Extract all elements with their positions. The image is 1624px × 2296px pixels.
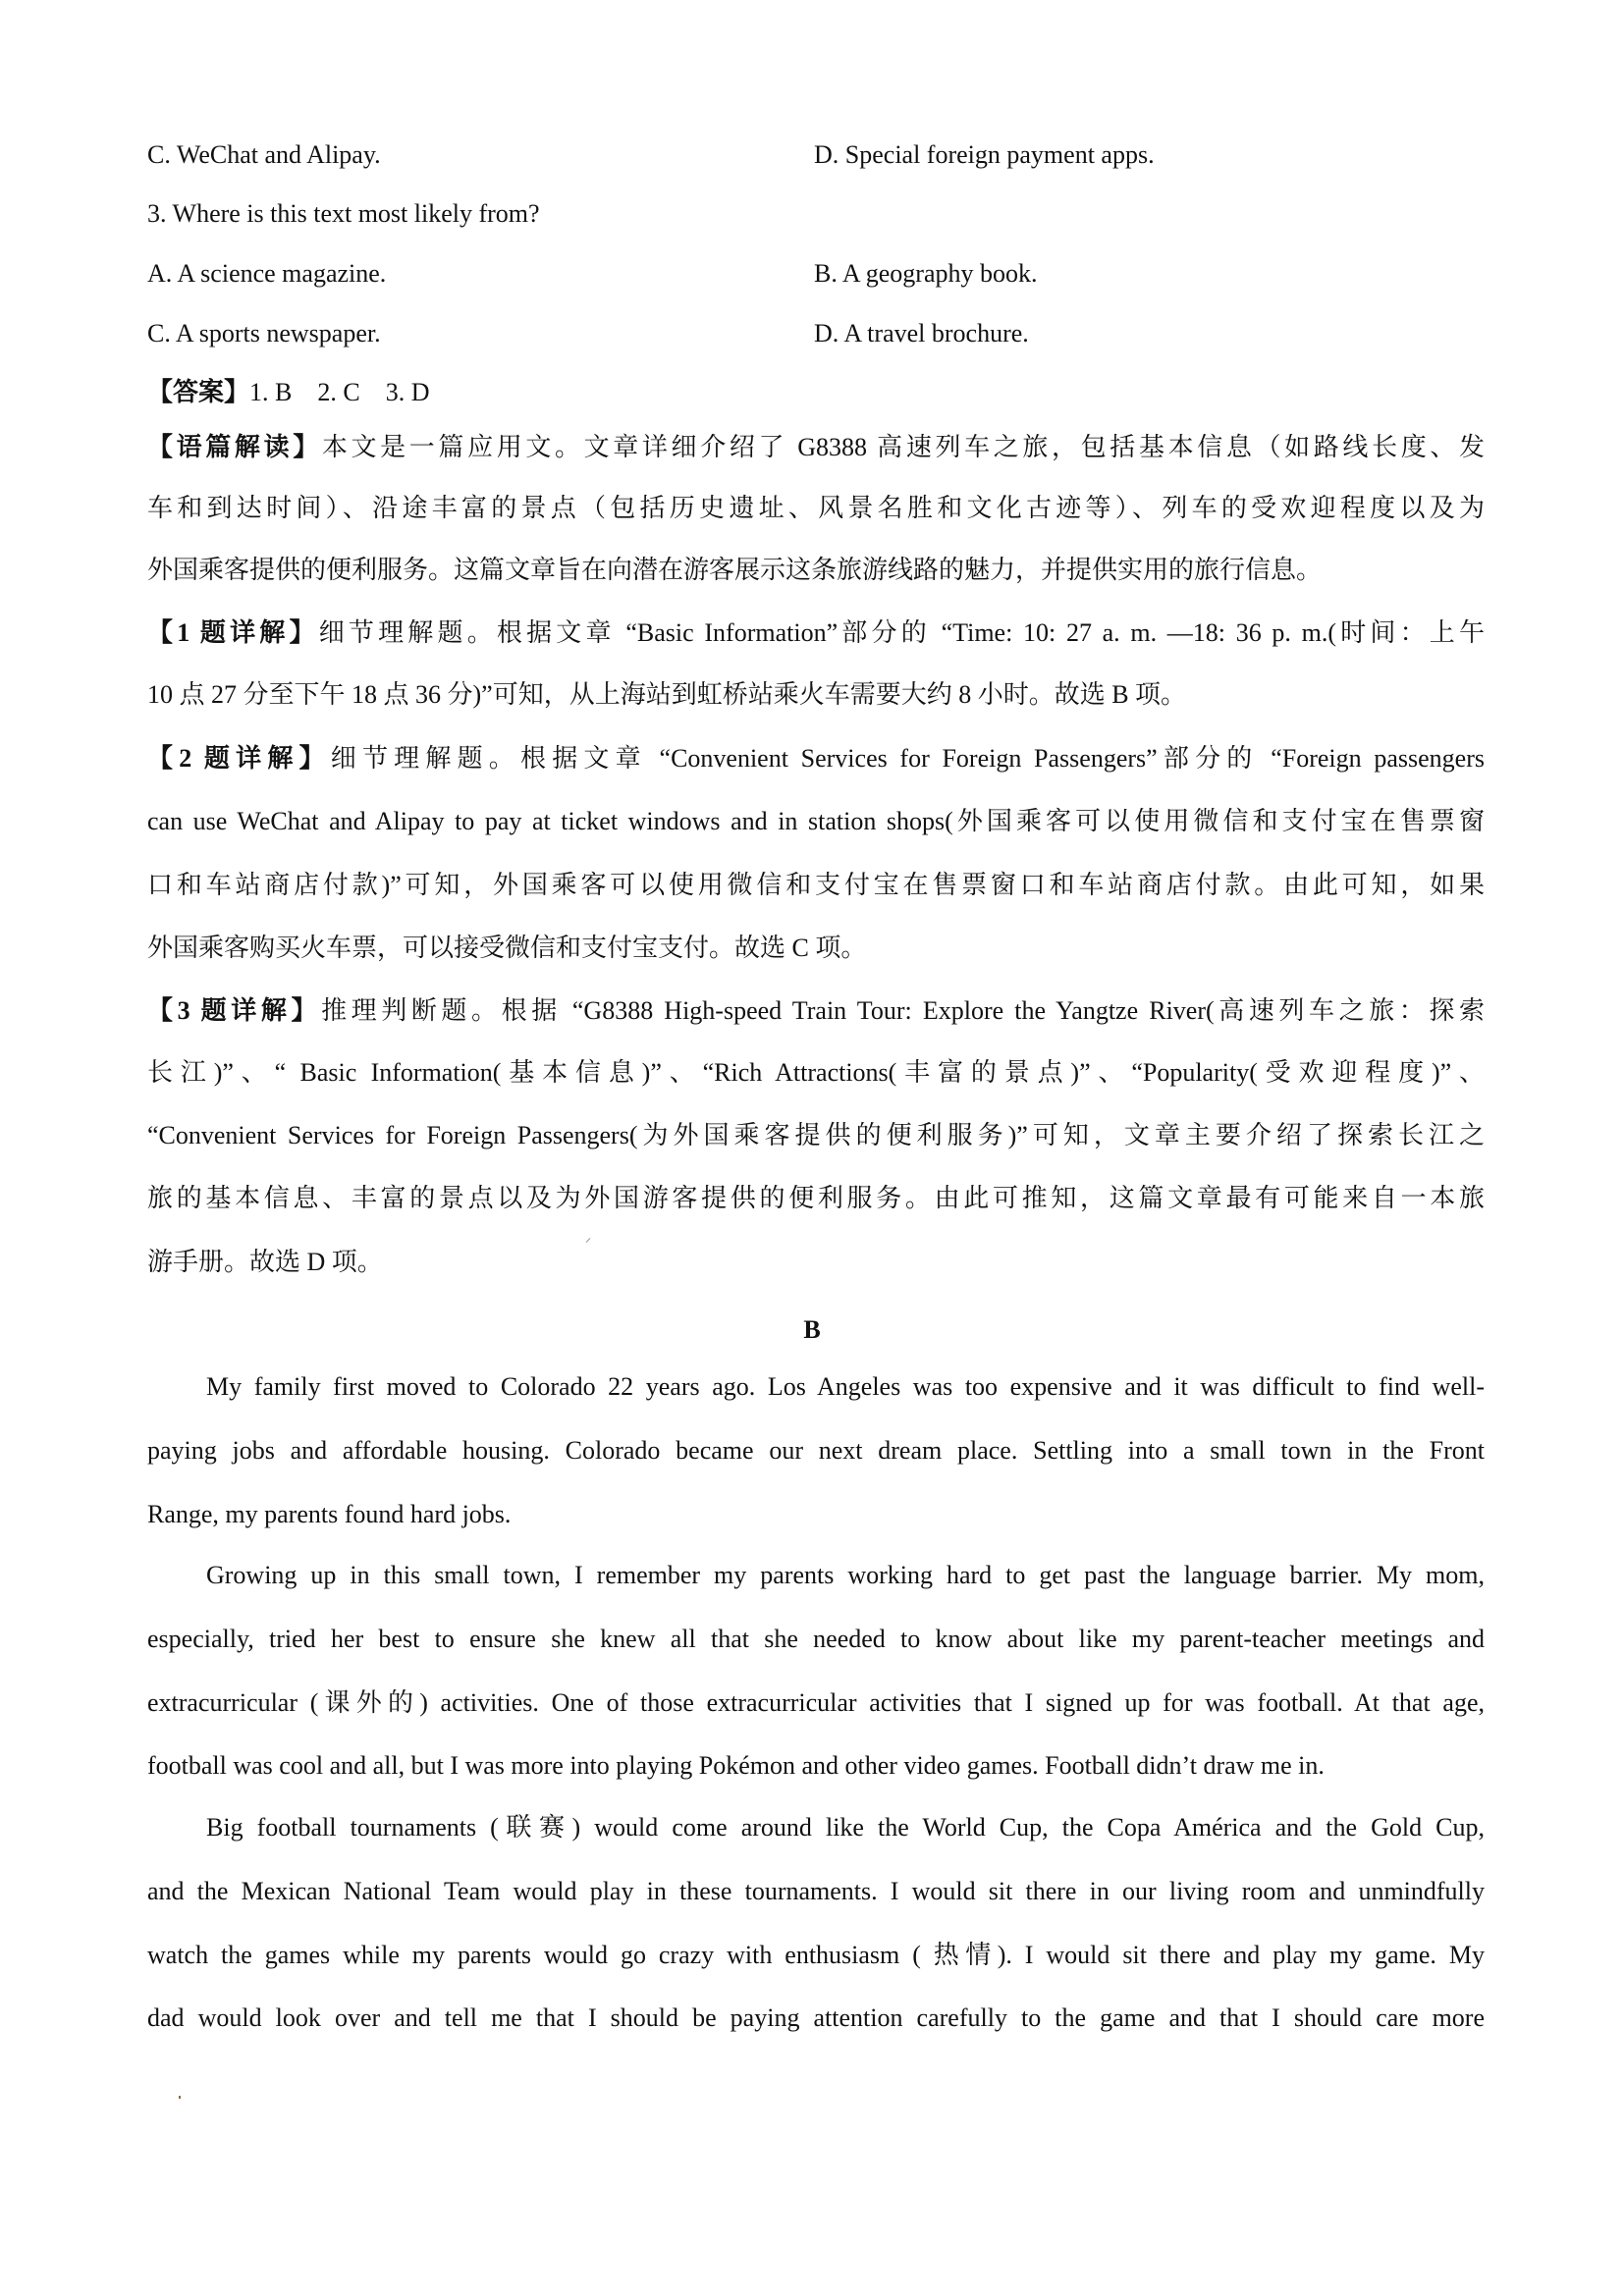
q3-option-a: A. A science magazine. [147, 258, 386, 290]
q3-option-d: D. A travel brochure. [814, 318, 1029, 349]
section-b-heading: B [0, 1314, 1624, 1346]
explanation-3-line-5: 游手册。故选 D 项。 [147, 1247, 1485, 1278]
passage-analysis-line-1: 【语篇解读】本文是一篇应用文。文章详细介绍了 G8388 高速列车之旅，包括基本… [147, 432, 1485, 463]
explanation-1-line-2: 10 点 27 分至下午 18 点 36 分)”可知，从上海站到虹桥站乘火车需要… [147, 679, 1485, 711]
explanation-2-label: 【2 题详解】 [147, 744, 331, 773]
paragraph-1-line-1: My family first moved to Colorado 22 yea… [206, 1371, 1485, 1403]
answer-label: 【答案】 [147, 378, 249, 406]
passage-analysis-line-3: 外国乘客提供的便利服务。这篇文章旨在向潜在游客展示这条旅游线路的魅力，并提供实用… [147, 555, 1485, 586]
q2-option-d: D. Special foreign payment apps. [814, 139, 1155, 171]
explanation-2-line-2: can use WeChat and Alipay to pay at tick… [147, 806, 1485, 837]
paragraph-3-line-1: Big football tournaments (联赛) would come… [206, 1812, 1485, 1843]
document-page: C. WeChat and Alipay. D. Special foreign… [0, 0, 1624, 2296]
q3-stem: 3. Where is this text most likely from? [147, 198, 540, 230]
answer-text: 1. B 2. C 3. D [249, 378, 429, 406]
stray-mark [586, 1238, 591, 1243]
passage-analysis-label: 【语篇解读】 [147, 433, 322, 461]
paragraph-1-line-2: paying jobs and affordable housing. Colo… [147, 1435, 1485, 1467]
explanation-1-line-1: 【1 题详解】细节理解题。根据文章 “Basic Information”部分的… [147, 617, 1485, 649]
q3-option-b: B. A geography book. [814, 258, 1038, 290]
stray-dot [179, 2096, 181, 2099]
answer-line: 【答案】1. B 2. C 3. D [147, 377, 429, 408]
passage-analysis-line-2: 车和到达时间）、沿途丰富的景点（包括历史遗址、风景名胜和文化古迹等）、列车的受欢… [147, 493, 1485, 524]
paragraph-2-line-4: football was cool and all, but I was mor… [147, 1750, 1485, 1782]
explanation-2-line-4: 外国乘客购买火车票，可以接受微信和支付宝支付。故选 C 项。 [147, 933, 1485, 964]
explanation-2-line-1: 【2 题详解】细节理解题。根据文章 “Convenient Services f… [147, 743, 1485, 774]
explanation-3-label: 【3 题详解】 [147, 996, 321, 1025]
explanation-2-line-3: 口和车站商店付款)”可知，外国乘客可以使用微信和支付宝在售票窗口和车站商店付款。… [147, 870, 1485, 901]
paragraph-3-line-3: watch the games while my parents would g… [147, 1940, 1485, 1971]
q3-option-c: C. A sports newspaper. [147, 318, 381, 349]
explanation-3-line-2: 长江)”、“ Basic Information(基本信息)”、“Rich At… [147, 1057, 1485, 1089]
paragraph-2-line-2: especially, tried her best to ensure she… [147, 1624, 1485, 1655]
paragraph-2-line-3: extracurricular (课外的) activities. One of… [147, 1687, 1485, 1719]
paragraph-1-line-3: Range, my parents found hard jobs. [147, 1499, 1485, 1530]
explanation-3-line-4: 旅的基本信息、丰富的景点以及为外国游客提供的便利服务。由此可推知，这篇文章最有可… [147, 1183, 1485, 1214]
paragraph-3-line-4: dad would look over and tell me that I s… [147, 2002, 1485, 2034]
explanation-3-line-3: “Convenient Services for Foreign Passeng… [147, 1120, 1485, 1151]
paragraph-3-line-2: and the Mexican National Team would play… [147, 1876, 1485, 1907]
paragraph-2-line-1: Growing up in this small town, I remembe… [206, 1560, 1485, 1591]
explanation-1-label: 【1 题详解】 [147, 618, 319, 647]
q2-option-c: C. WeChat and Alipay. [147, 139, 381, 171]
explanation-3-line-1: 【3 题详解】推理判断题。根据 “G8388 High-speed Train … [147, 995, 1485, 1027]
